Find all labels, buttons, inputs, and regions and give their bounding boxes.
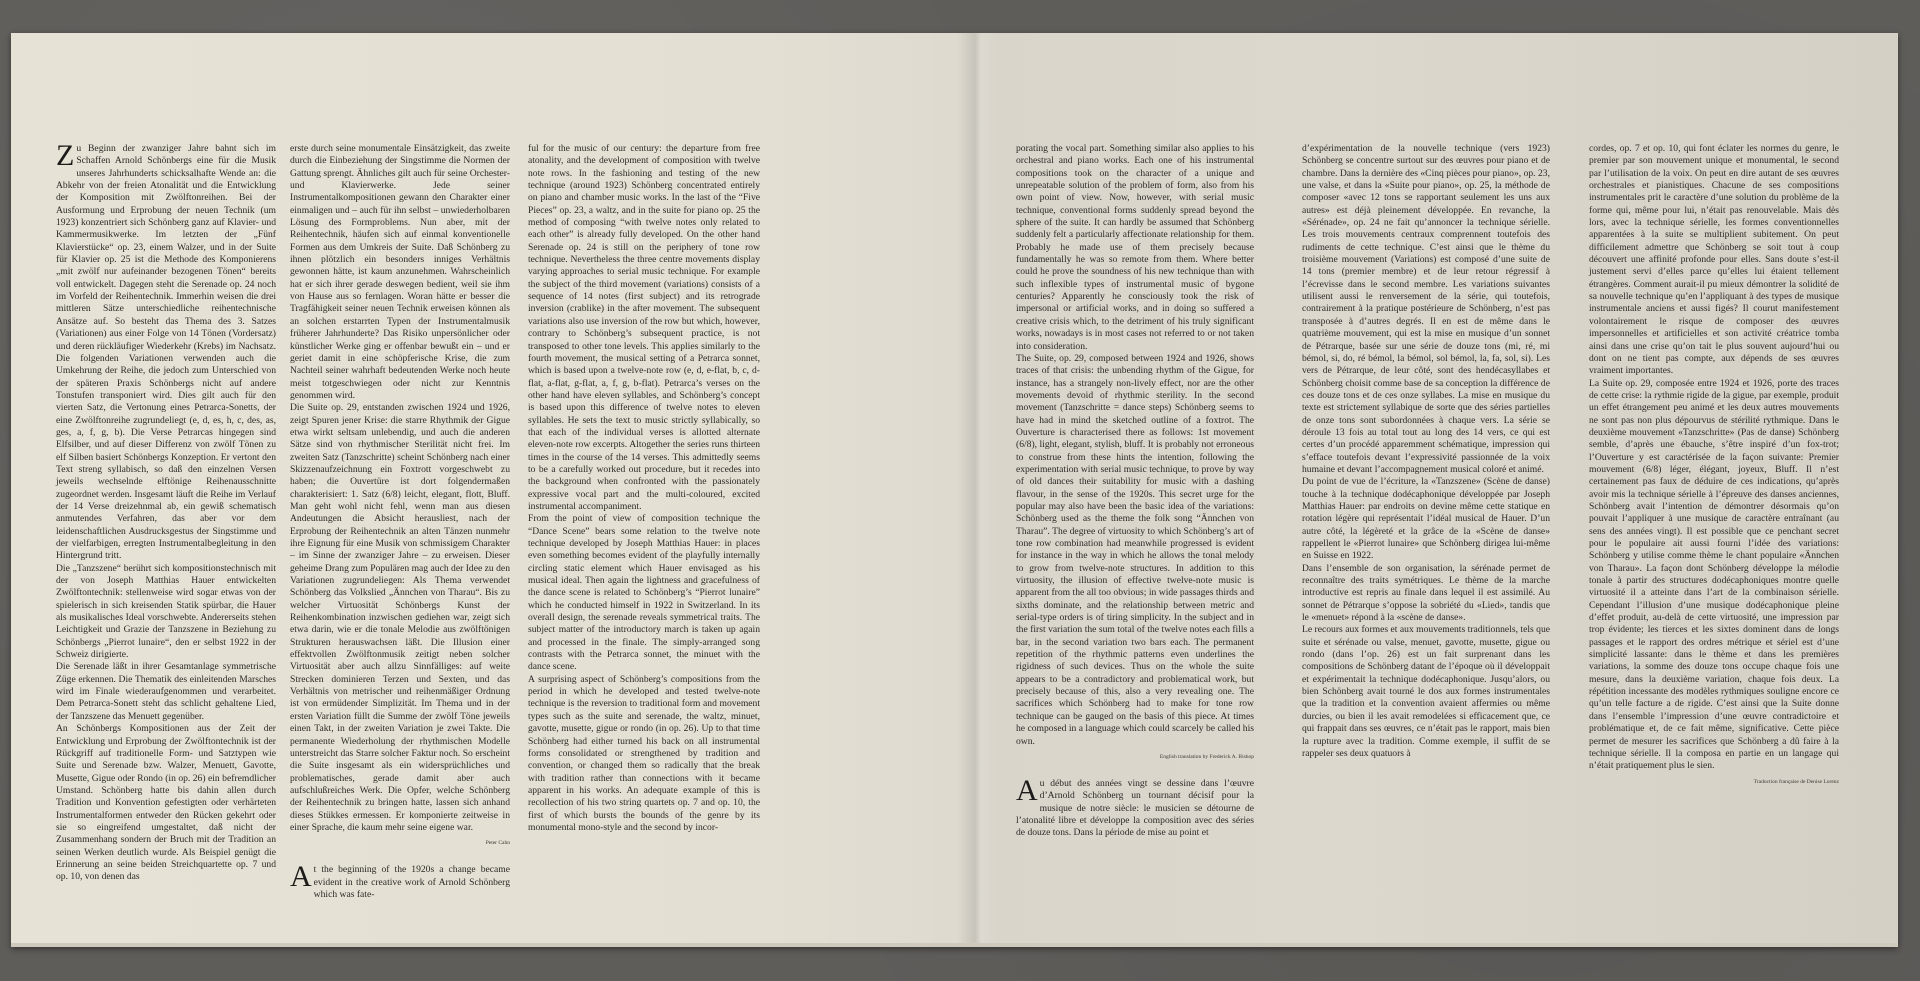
paragraph: Au début des années vingt se dessine dan… bbox=[1016, 778, 1254, 840]
paragraph: porating the vocal part. Something simil… bbox=[1016, 143, 1254, 353]
paragraph: At the beginning of the 1920s a change b… bbox=[290, 864, 510, 901]
translator-credit: English translation by Frederick A. Bish… bbox=[1016, 752, 1254, 762]
paragraph: Zu Beginn der zwanziger Jahre bahnt sich… bbox=[56, 143, 276, 563]
paragraph: An Schönbergs Kompositionen aus der Zeit… bbox=[56, 723, 276, 883]
author-credit: Peter Cahn bbox=[290, 838, 510, 848]
paragraph: Die Suite op. 29, entstanden zwischen 19… bbox=[290, 402, 510, 834]
translator-credit: Traduction française de Denise Lorenz bbox=[1589, 777, 1839, 787]
paragraph: From the point of view of composition te… bbox=[528, 513, 760, 673]
paragraph: ful for the music of our century: the de… bbox=[528, 143, 760, 513]
column-german-2: erste durch seine monumentale Einsätzigk… bbox=[290, 143, 510, 901]
paragraph: Die Serenade läßt in ihrer Gesamtanlage … bbox=[56, 661, 276, 723]
paragraph: A surprising aspect of Schönberg’s compo… bbox=[528, 674, 760, 834]
drop-cap: A bbox=[290, 865, 312, 889]
paragraph: Dans l’ensemble de son organisation, la … bbox=[1302, 563, 1550, 625]
paragraph: Die „Tanzszene“ berührt sich komposition… bbox=[56, 563, 276, 662]
paragraph: cordes, op. 7 et op. 10, qui font éclate… bbox=[1589, 143, 1839, 378]
paragraph: La Suite op. 29, composée entre 1924 et … bbox=[1589, 378, 1839, 773]
column-french-1: d’expérimentation de la nouvelle techniq… bbox=[1302, 143, 1550, 760]
drop-cap: A bbox=[1016, 779, 1038, 803]
paragraph: The Suite, op. 29, composed between 1924… bbox=[1016, 353, 1254, 748]
drop-cap: Z bbox=[56, 144, 74, 168]
column-french-2: cordes, op. 7 et op. 10, qui font éclate… bbox=[1589, 143, 1839, 787]
paragraph: Le recours aux formes et aux mouvements … bbox=[1302, 624, 1550, 760]
column-english-1: ful for the music of our century: the de… bbox=[528, 143, 760, 834]
paragraph: d’expérimentation de la nouvelle techniq… bbox=[1302, 143, 1550, 476]
column-german-1: Zu Beginn der zwanziger Jahre bahnt sich… bbox=[56, 143, 276, 884]
paragraph: erste durch seine monumentale Einsätzigk… bbox=[290, 143, 510, 402]
paragraph: Du point de vue de l’écriture, la «Tanzs… bbox=[1302, 476, 1550, 562]
column-english-2: porating the vocal part. Something simil… bbox=[1016, 143, 1254, 840]
record-sleeve: Zu Beginn der zwanziger Jahre bahnt sich… bbox=[11, 33, 1898, 947]
